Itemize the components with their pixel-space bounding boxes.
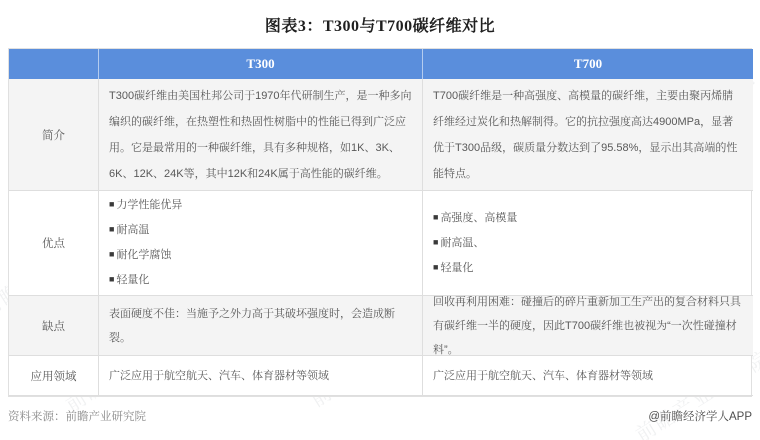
pros-t700-cell: ■高强度、高模量 ■耐高温、 ■轻量化 [423,191,753,296]
bullet-text: 轻量化 [116,274,149,286]
list-item: ■轻量化 [433,256,517,281]
intro-t700-text: T700碳纤维是一种高强度、高模量的碳纤维，主要由聚丙烯腈纤维经过炭化和热解制得… [433,83,743,187]
header-cell-t300: T300 [99,49,423,79]
apps-t700-text: 广泛应用于航空航天、汽车、体育器材等领域 [433,368,653,384]
row-label-pros: 优点 [9,191,99,296]
intro-t300-cell: T300碳纤维由美国杜邦公司于1970年代研制生产，是一种多向编织的碳纤维，在热… [99,79,423,191]
pros-t300-list: ■力学性能优异 ■耐高温 ■耐化学腐蚀 ■轻量化 [109,193,182,293]
footer: 资料来源：前瞻产业研究院 @前瞻经济学人APP [8,408,752,424]
bullet-text: 耐高温 [116,224,149,236]
cons-t700-cell: 回收再利用困难：碰撞后的碎片重新加工生产出的复合材料只具有碳纤维一半的硬度，因此… [423,296,753,356]
bullet-square-icon: ■ [433,237,438,247]
cons-t300-text: 表面硬度不佳：当施予之外力高于其破坏强度时，会造成断裂。 [109,302,412,350]
page-title: 图表3：T300与T700碳纤维对比 [0,13,760,36]
comparison-table: T300 T700 简介 T300碳纤维由美国杜邦公司于1970年代研制生产，是… [8,48,752,397]
pros-t700-list: ■高强度、高模量 ■耐高温、 ■轻量化 [433,206,517,281]
bullet-text: 耐高温、 [440,237,484,249]
bullet-square-icon: ■ [433,262,438,272]
bullet-square-icon: ■ [109,274,114,284]
bullet-text: 耐化学腐蚀 [116,249,171,261]
apps-t300-cell: 广泛应用于航空航天、汽车、体育器材等领域 [99,356,423,396]
apps-t300-text: 广泛应用于航空航天、汽车、体育器材等领域 [109,368,329,384]
header-cell-t700: T700 [423,49,753,79]
cons-t700-text: 回收再利用困难：碰撞后的碎片重新加工生产出的复合材料只具有碳纤维一半的硬度，因此… [433,296,743,356]
bullet-text: 轻量化 [440,262,473,274]
bullet-square-icon: ■ [109,224,114,234]
cons-t300-cell: 表面硬度不佳：当施予之外力高于其破坏强度时，会造成断裂。 [99,296,423,356]
list-item: ■耐高温 [109,218,182,243]
list-item: ■高强度、高模量 [433,206,517,231]
bullet-square-icon: ■ [109,199,114,209]
data-source-text: 资料来源：前瞻产业研究院 [8,408,146,424]
intro-t700-cell: T700碳纤维是一种高强度、高模量的碳纤维，主要由聚丙烯腈纤维经过炭化和热解制得… [423,79,753,191]
header-cell-blank [9,49,99,79]
list-item: ■力学性能优异 [109,193,182,218]
apps-t700-cell: 广泛应用于航空航天、汽车、体育器材等领域 [423,356,753,396]
row-label-cons: 缺点 [9,296,99,356]
list-item: ■轻量化 [109,268,182,293]
row-label-intro: 简介 [9,79,99,191]
pros-t300-cell: ■力学性能优异 ■耐高温 ■耐化学腐蚀 ■轻量化 [99,191,423,296]
bullet-square-icon: ■ [109,249,114,259]
bullet-square-icon: ■ [433,212,438,222]
list-item: ■耐化学腐蚀 [109,243,182,268]
row-label-applications: 应用领域 [9,356,99,396]
intro-t300-text: T300碳纤维由美国杜邦公司于1970年代研制生产，是一种多向编织的碳纤维，在热… [109,83,412,187]
list-item: ■耐高温、 [433,231,517,256]
credit-text: @前瞻经济学人APP [648,408,752,424]
bullet-text: 高强度、高模量 [440,212,517,224]
bullet-text: 力学性能优异 [116,199,182,211]
